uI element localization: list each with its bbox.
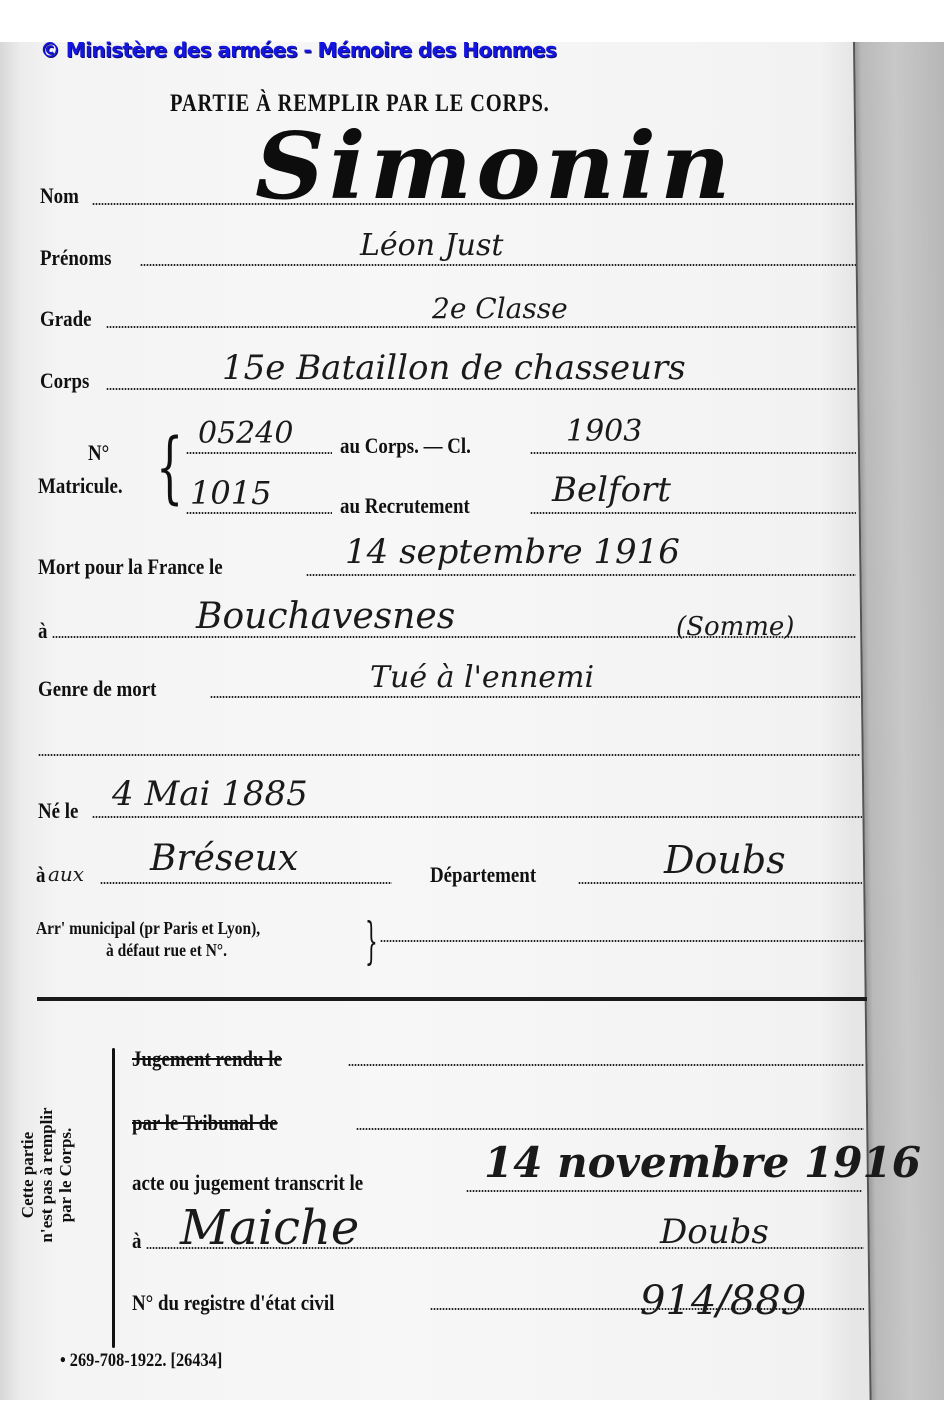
side-note-line-1: Cette partie <box>18 1060 37 1290</box>
value-nom: Simonin <box>255 112 735 220</box>
label-au-corps: au Corps. — Cl. <box>340 433 471 459</box>
dotted-line-matricule-corps <box>186 452 332 454</box>
label-ne-le: Né le <box>38 798 78 824</box>
side-note: Cette partie n'est pas à remplir par le … <box>18 1060 75 1290</box>
value-recrutement: Belfort <box>552 470 671 510</box>
value-matricule-recrutement: 1015 <box>190 474 271 512</box>
label-nom: Nom <box>40 183 79 209</box>
value-no-registre: 914/889 <box>640 1278 806 1324</box>
value-lieu-deces: Bouchavesnes <box>196 596 455 637</box>
label-jugement-rendu: Jugement rendu le <box>132 1046 282 1072</box>
dotted-line-corps <box>106 388 856 390</box>
label-grade: Grade <box>40 306 92 332</box>
value-genre-de-mort: Tué à l'ennemi <box>370 660 594 695</box>
copyright-watermark: © Ministère des armées - Mémoire des Hom… <box>40 38 556 62</box>
label-a-defaut: à défaut rue et N°. <box>106 940 227 961</box>
value-lieu-transcription: Maiche <box>180 1200 359 1256</box>
label-lieu-naissance: à <box>36 862 45 888</box>
label-arr-municipal: Arr' municipal (pr Paris et Lyon), <box>36 918 260 939</box>
dotted-line-matricule-recrutement <box>186 512 332 514</box>
label-matricule: Matricule. <box>38 473 123 499</box>
label-departement: Département <box>430 862 536 888</box>
dotted-line-recrutement <box>530 512 856 514</box>
value-date-naissance: 4 Mai 1885 <box>112 774 308 814</box>
dotted-line-arr-municipal <box>380 940 864 942</box>
label-au-recrutement: au Recrutement <box>340 493 470 519</box>
label-par-le-tribunal-text: par le Tribunal de <box>132 1110 278 1135</box>
value-grade: 2e Classe <box>432 292 568 325</box>
label-lieu-transcription: à <box>132 1228 141 1254</box>
brace-side-note <box>112 1048 115 1348</box>
label-par-le-tribunal: par le Tribunal de <box>132 1110 278 1136</box>
brace-arr-municipal: } <box>365 912 378 970</box>
dotted-line-date-deces <box>306 574 856 576</box>
value-lieu-deces-departement: (Somme) <box>676 612 794 642</box>
dotted-line-prenoms <box>140 264 856 266</box>
dotted-line-date-transcription <box>466 1190 862 1192</box>
label-mort-pour-la-france: Mort pour la France le <box>38 554 223 580</box>
side-note-line-2: n'est pas à remplir <box>37 1060 56 1290</box>
side-note-line-3: par le Corps. <box>56 1060 75 1290</box>
label-jugement-rendu-text: Jugement rendu le <box>132 1046 282 1071</box>
value-lieu-naissance-prefix: aux <box>48 862 84 886</box>
footer-print-code: • 269-708-1922. [26434] <box>60 1350 222 1372</box>
dotted-line-jugement-rendu <box>348 1064 864 1066</box>
dotted-line-extra <box>38 754 860 756</box>
value-corps: 15e Bataillon de chasseurs <box>222 348 686 388</box>
value-classe: 1903 <box>566 414 642 449</box>
dotted-line-classe <box>530 452 856 454</box>
value-dept-transcription: Doubs <box>660 1212 769 1252</box>
label-matricule-no: N° <box>88 440 109 466</box>
brace-matricule: { <box>156 423 183 513</box>
adjacent-page-edge <box>853 42 944 1400</box>
dotted-line-departement <box>578 882 862 884</box>
value-date-transcription: 14 novembre 1916 <box>484 1138 921 1187</box>
value-matricule-corps: 05240 <box>198 416 293 451</box>
dotted-line-grade <box>106 326 856 328</box>
dotted-line-lieu-naissance <box>100 882 392 884</box>
dotted-line-genre-de-mort <box>210 696 860 698</box>
label-prenoms: Prénoms <box>40 245 111 271</box>
dotted-line-date-naissance <box>92 816 862 818</box>
label-acte-transcrit: acte ou jugement transcrit le <box>132 1170 363 1196</box>
value-prenoms: Léon Just <box>360 228 503 263</box>
value-lieu-naissance: Bréseux <box>150 838 298 879</box>
label-no-registre: N° du registre d'état civil <box>132 1290 334 1316</box>
value-departement: Doubs <box>664 838 786 882</box>
section-divider <box>37 997 867 1001</box>
label-lieu-deces: à <box>38 618 47 644</box>
value-date-deces: 14 septembre 1916 <box>345 532 680 572</box>
label-genre-de-mort: Genre de mort <box>38 676 156 702</box>
label-corps: Corps <box>40 368 89 394</box>
dotted-line-tribunal <box>356 1128 864 1130</box>
